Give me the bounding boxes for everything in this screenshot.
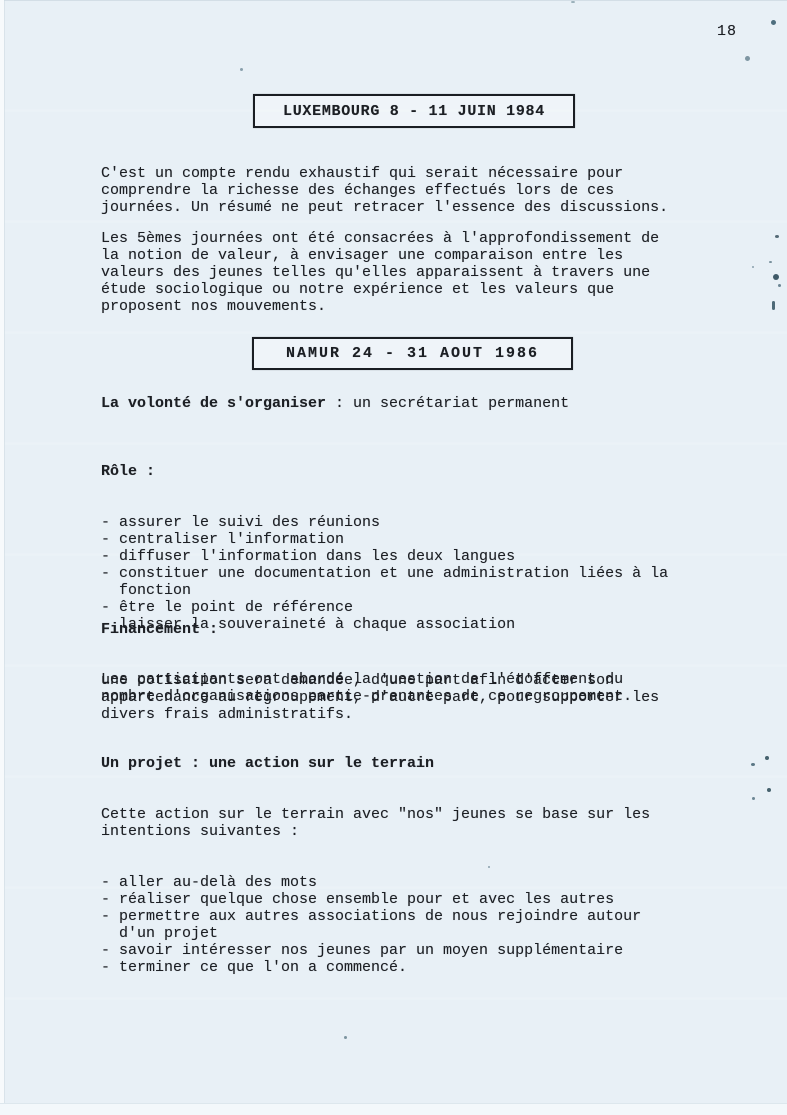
namur-title-box: NAMUR 24 - 31 AOUT 1986	[252, 337, 573, 370]
page-top-edge	[0, 0, 787, 1]
financement-heading: Financement :	[101, 621, 659, 638]
scan-speck	[769, 261, 772, 263]
scan-speck	[773, 274, 779, 280]
luxembourg-title-box: LUXEMBOURG 8 - 11 JUIN 1984	[253, 94, 575, 128]
namur-title: NAMUR 24 - 31 AOUT 1986	[286, 345, 539, 362]
luxembourg-title: LUXEMBOURG 8 - 11 JUIN 1984	[283, 103, 545, 120]
projet-section: Un projet : une action sur le terrain Ce…	[101, 721, 650, 1010]
scan-speck	[751, 763, 755, 766]
scan-speck	[488, 866, 490, 868]
paragraph-compte-rendu: C'est un compte rendu exhaustif qui sera…	[101, 165, 668, 216]
scan-speck	[767, 788, 771, 792]
page-number: 18	[717, 23, 737, 40]
scan-speck	[344, 1036, 347, 1039]
scan-speck	[752, 266, 754, 268]
scan-speck	[771, 20, 776, 25]
scan-speck	[778, 284, 781, 287]
scan-speck	[240, 68, 243, 71]
heading-volonte-organiser-rest: : un secrétariat permanent	[326, 395, 569, 412]
scan-speck	[571, 1, 575, 3]
page-left-edge-line	[4, 0, 5, 1115]
projet-list: - aller au-delà des mots - réaliser quel…	[101, 874, 650, 976]
scanned-document-page: 18 LUXEMBOURG 8 - 11 JUIN 1984 C'est un …	[0, 0, 787, 1115]
scan-speck	[775, 235, 779, 238]
scan-speck	[772, 301, 775, 310]
paragraph-participants: Les participants ont abordé la question …	[101, 671, 632, 705]
projet-intro: Cette action sur le terrain avec "nos" j…	[101, 806, 650, 840]
page-bottom-edge	[0, 1103, 787, 1115]
heading-volonte-organiser-bold: La volonté de s'organiser	[101, 395, 326, 412]
paragraph-5emes-journees: Les 5èmes journées ont été consacrées à …	[101, 230, 659, 315]
scan-speck	[752, 797, 755, 800]
scan-speck	[745, 56, 750, 61]
heading-volonte-organiser: La volonté de s'organiser : un secrétari…	[101, 395, 569, 412]
projet-heading: Un projet : une action sur le terrain	[101, 755, 650, 772]
role-heading: Rôle :	[101, 463, 668, 480]
scan-speck	[765, 756, 769, 760]
